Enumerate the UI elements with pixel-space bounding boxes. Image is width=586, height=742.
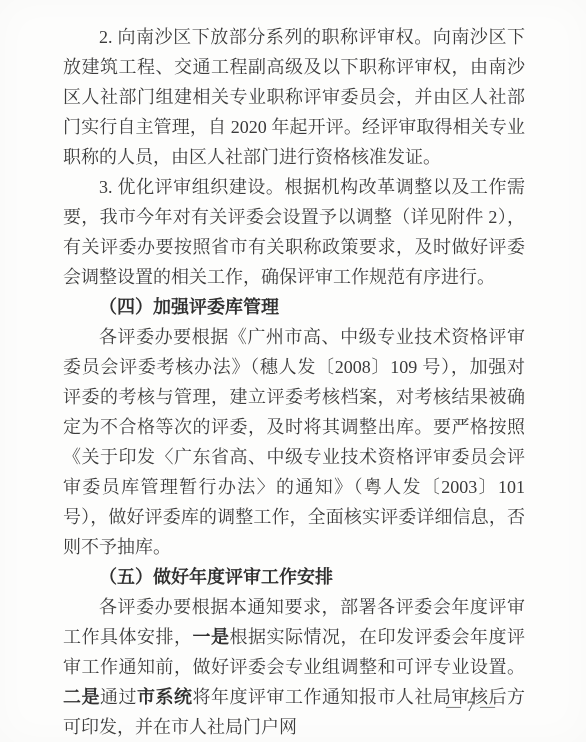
text-run-emphasis-second: 二是 xyxy=(63,687,100,707)
paragraph-annual-review-arrangement: 各评委办要根据本通知要求，部署各评委会年度评审工作具体安排，一是根据实际情况，在… xyxy=(63,592,525,742)
paragraph-optimize-review-organization: 3. 优化评审组织建设。根据机构改革调整以及工作需要，我市今年对有关评委会设置予… xyxy=(63,172,525,292)
heading-section-4-committee-pool-management: （四）加强评委库管理 xyxy=(63,292,525,322)
text-run-emphasis-first: 一是 xyxy=(193,627,230,647)
document-page: 2. 向南沙区下放部分系列的职称评审权。向南沙区下放建筑工程、交通工程副高级及以… xyxy=(0,0,586,742)
text-run-emphasis-city-system: 市系统 xyxy=(137,687,193,707)
document-body: 2. 向南沙区下放部分系列的职称评审权。向南沙区下放建筑工程、交通工程副高级及以… xyxy=(63,22,525,742)
paragraph-committee-pool-management: 各评委办要根据《广州市高、中级专业技术资格评审委员会评委考核办法》（穗人发〔20… xyxy=(63,322,525,562)
text-run: 通过 xyxy=(100,687,137,707)
page-number: — 7 — xyxy=(446,699,496,716)
heading-section-5-annual-review-arrangement: （五）做好年度评审工作安排 xyxy=(63,562,525,592)
paragraph-decentralize-nansha: 2. 向南沙区下放部分系列的职称评审权。向南沙区下放建筑工程、交通工程副高级及以… xyxy=(63,22,525,172)
